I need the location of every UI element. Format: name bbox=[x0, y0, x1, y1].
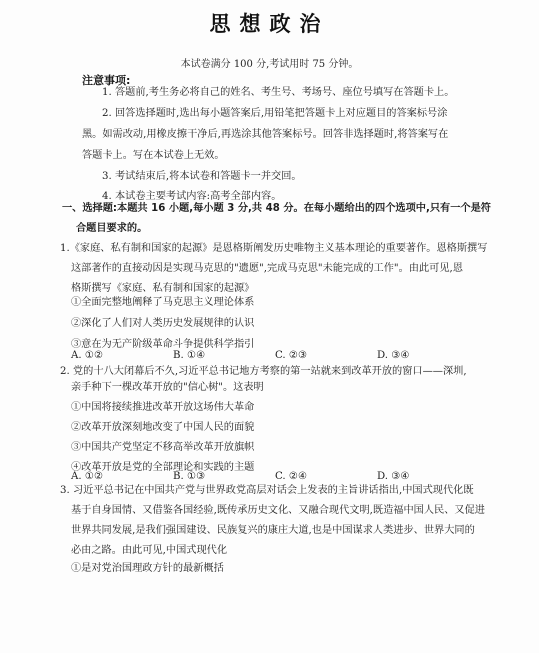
notice-line: 3. 考试结束后,将本试卷和答题卡一并交回。 bbox=[102, 170, 302, 184]
notice-line: 1. 答题前,考生务必将自己的姓名、考生号、考场号、座位号填写在答题卡上。 bbox=[102, 86, 454, 100]
option-d[interactable]: D. ③④ bbox=[377, 470, 410, 484]
exam-info: 本试卷满分 100 分,考试用时 75 分钟。 bbox=[0, 55, 539, 70]
question-stem: 2. 党的十八大闭幕后不久,习近平总书记地方考察的第一站就来到改革开放的窗口——… bbox=[60, 365, 467, 379]
question-stem: 格斯撰写《家庭、私有制和国家的起源》 bbox=[71, 282, 254, 296]
option-a[interactable]: A. ①② bbox=[71, 470, 103, 484]
statement: ②改革开放深刻地改变了中国人民的面貌 bbox=[71, 421, 254, 435]
option-d[interactable]: D. ③④ bbox=[377, 349, 410, 363]
statement: ①是对党治国理政方针的最新概括 bbox=[71, 562, 224, 576]
notice-line: 黑。如需改动,用橡皮擦干净后,再选涂其他答案标号。回答非选择题时,将答案写在 bbox=[82, 128, 448, 142]
exam-page: 思想政治 本试卷满分 100 分,考试用时 75 分钟。 注意事项: 1. 答题… bbox=[0, 0, 539, 653]
question-stem: 3. 习近平总书记在中国共产党与世界政党高层对话会上发表的主旨讲话指出,中国式现… bbox=[60, 484, 474, 498]
statement: ②深化了人们对人类历史发展规律的认识 bbox=[71, 317, 254, 331]
question-stem: 亲手种下一棵改革开放的"信心树"。这表明 bbox=[71, 381, 264, 395]
section-heading-cont: 合题目要求的。 bbox=[76, 222, 147, 236]
question-stem: 1.《家庭、私有制和国家的起源》是恩格斯阐发历史唯物主义基本理论的重要著作。恩格… bbox=[60, 242, 487, 256]
question-stem: 这部著作的直接动因是实现马克思的"遗愿",完成马克思"未能完成的工作"。由此可见… bbox=[71, 262, 463, 276]
statement: ①中国将接续推进改革开放这场伟大革命 bbox=[71, 401, 254, 415]
page-title: 思想政治 bbox=[0, 8, 539, 38]
question-stem: 世界共同发展,是我们强国建设、民族复兴的康庄大道,也是中国谋求人类进步、世界大同… bbox=[71, 524, 475, 538]
option-c[interactable]: C. ②③ bbox=[275, 349, 307, 363]
statement: ③中国共产党坚定不移高举改革开放旗帜 bbox=[71, 441, 254, 455]
statement: ①全面完整地阐释了马克思主义理论体系 bbox=[71, 296, 254, 310]
option-b[interactable]: B. ①③ bbox=[173, 470, 205, 484]
option-c[interactable]: C. ②④ bbox=[275, 470, 307, 484]
question-stem: 必由之路。由此可见,中国式现代化 bbox=[71, 544, 227, 558]
section-heading: 一、选择题:本题共 16 小题,每小题 3 分,共 48 分。在每小题给出的四个… bbox=[62, 202, 491, 216]
option-b[interactable]: B. ①④ bbox=[173, 349, 205, 363]
question-stem: 基于自身国情、又借鉴各国经验,既传承历史文化、又融合现代文明,既造福中国人民、又… bbox=[71, 504, 485, 518]
notice-line: 答题卡上。写在本试卷上无效。 bbox=[82, 149, 225, 163]
option-a[interactable]: A. ①② bbox=[71, 349, 103, 363]
notice-line: 2. 回答选择题时,选出每小题答案后,用铅笔把答题卡上对应题目的答案标号涂 bbox=[102, 107, 447, 121]
